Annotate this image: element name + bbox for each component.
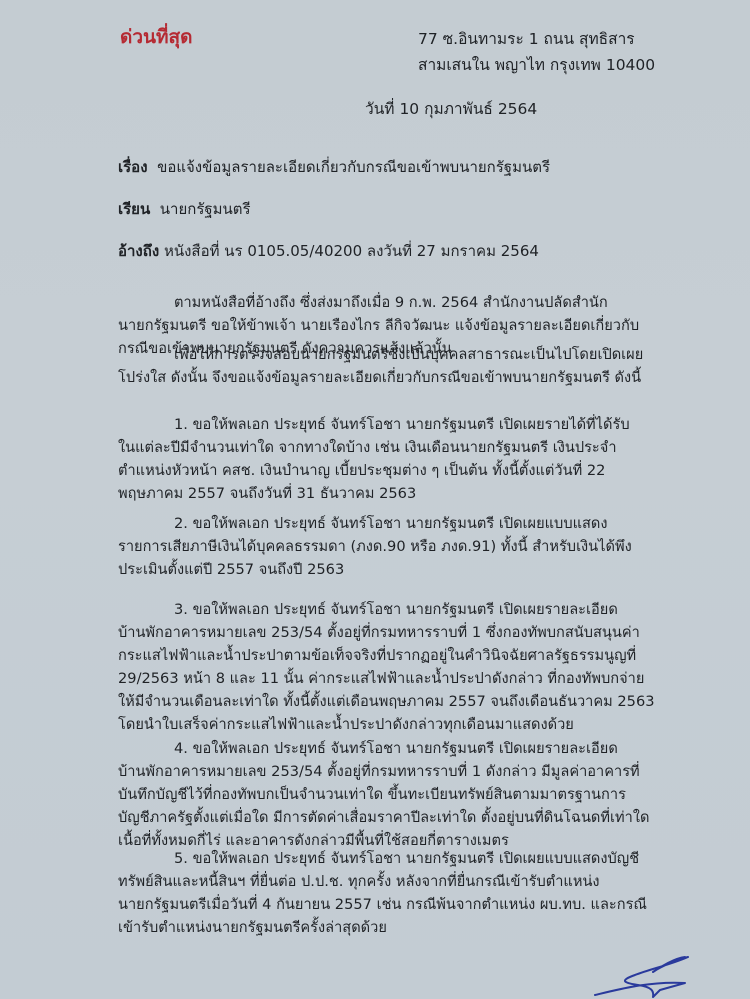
paragraph-line: 4. ขอให้พลเอก ประยุทธ์ จันทร์โอชา นายกรั… bbox=[118, 737, 718, 760]
paragraph-line: 5. ขอให้พลเอก ประยุทธ์ จันทร์โอชา นายกรั… bbox=[118, 847, 718, 870]
paragraph-line: ประเมินตั้งแต่ปี 2557 จนถึงปี 2563 bbox=[118, 558, 718, 581]
paragraph-line: โปร่งใส ดังนั้น จึงขอแจ้งข้อมูลรายละเอีย… bbox=[118, 366, 718, 389]
paragraph-line: นายกรัฐมนตรีเมื่อวันที่ 4 กันยายน 2557 เ… bbox=[118, 893, 718, 916]
paragraph-line: 1. ขอให้พลเอก ประยุทธ์ จันทร์โอชา นายกรั… bbox=[118, 413, 718, 436]
sender-address-line-2: สามเสนใน พญาไท กรุงเทพ 10400 bbox=[418, 52, 655, 77]
letter-page: ด่วนที่สุด 77 ซ.อินทามระ 1 ถนน สุทธิสาร … bbox=[0, 0, 750, 999]
paragraph-line: เพื่อให้การตรวจสอบนายกรัฐมนตรีซึ่งเป็นบุ… bbox=[118, 343, 718, 366]
request-item-5: 5. ขอให้พลเอก ประยุทธ์ จันทร์โอชา นายกรั… bbox=[118, 847, 718, 939]
paragraph-line: 2. ขอให้พลเอก ประยุทธ์ จันทร์โอชา นายกรั… bbox=[118, 512, 718, 535]
paragraph-line: โดยนำใบเสร็จค่ากระแสไฟฟ้าและน้ำประปาดังก… bbox=[118, 713, 718, 736]
recipient-text: นายกรัฐมนตรี bbox=[160, 200, 251, 218]
reference-label: อ้างถึง bbox=[118, 242, 159, 260]
urgency-stamp: ด่วนที่สุด bbox=[120, 22, 192, 52]
reference-line: อ้างถึง หนังสือที่ นร 0105.05/40200 ลงวั… bbox=[118, 239, 539, 263]
subject-label: เรื่อง bbox=[118, 158, 148, 176]
paragraph-line: รายการเสียภาษีเงินได้บุคคลธรรมดา (ภงด.90… bbox=[118, 535, 718, 558]
paragraph-line: กระแสไฟฟ้าและน้ำประปาตามข้อเท็จจริงที่ปร… bbox=[118, 644, 718, 667]
request-item-2: 2. ขอให้พลเอก ประยุทธ์ จันทร์โอชา นายกรั… bbox=[118, 512, 718, 581]
request-item-3: 3. ขอให้พลเอก ประยุทธ์ จันทร์โอชา นายกรั… bbox=[118, 598, 718, 736]
paragraph-line: บันทึกบัญชีไว้ที่กองทัพบกเป็นจำนวนเท่าใด… bbox=[118, 783, 718, 806]
signature-icon bbox=[590, 945, 700, 999]
purpose-paragraph: เพื่อให้การตรวจสอบนายกรัฐมนตรีซึ่งเป็นบุ… bbox=[118, 343, 718, 389]
reference-text: หนังสือที่ นร 0105.05/40200 ลงวันที่ 27 … bbox=[164, 242, 539, 260]
recipient-label: เรียน bbox=[118, 200, 150, 218]
paragraph-line: บัญชีภาครัฐตั้งแต่เมื่อใด มีการตัดค่าเสื… bbox=[118, 806, 718, 829]
request-item-4: 4. ขอให้พลเอก ประยุทธ์ จันทร์โอชา นายกรั… bbox=[118, 737, 718, 852]
recipient-line: เรียน นายกรัฐมนตรี bbox=[118, 197, 251, 221]
paragraph-line: ให้มีจำนวนเดือนละเท่าใด ทั้งนี้ตั้งแต่เด… bbox=[118, 690, 718, 713]
letter-date: วันที่ 10 กุมภาพันธ์ 2564 bbox=[365, 96, 537, 121]
subject-line: เรื่อง ขอแจ้งข้อมูลรายละเอียดเกี่ยวกับกร… bbox=[118, 155, 550, 179]
request-item-1: 1. ขอให้พลเอก ประยุทธ์ จันทร์โอชา นายกรั… bbox=[118, 413, 718, 505]
paragraph-line: นายกรัฐมนตรี ขอให้ข้าพเจ้า นายเรืองไกร ล… bbox=[118, 314, 718, 337]
paragraph-line: บ้านพักอาคารหมายเลข 253/54 ตั้งอยู่ที่กร… bbox=[118, 760, 718, 783]
paragraph-line: ทรัพย์สินและหนี้สินฯ ที่ยื่นต่อ ป.ป.ช. ท… bbox=[118, 870, 718, 893]
paragraph-line: ในแต่ละปีมีจำนวนเท่าใด จากทางใดบ้าง เช่น… bbox=[118, 436, 718, 459]
paragraph-line: ตามหนังสือที่อ้างถึง ซึ่งส่งมาถึงเมื่อ 9… bbox=[118, 291, 718, 314]
paragraph-line: พฤษภาคม 2557 จนถึงวันที่ 31 ธันวาคม 2563 bbox=[118, 482, 718, 505]
paragraph-line: 3. ขอให้พลเอก ประยุทธ์ จันทร์โอชา นายกรั… bbox=[118, 598, 718, 621]
subject-text: ขอแจ้งข้อมูลรายละเอียดเกี่ยวกับกรณีขอเข้… bbox=[157, 158, 550, 176]
paragraph-line: เข้ารับตำแหน่งนายกรัฐมนตรีครั้งล่าสุดด้ว… bbox=[118, 916, 718, 939]
paragraph-line: 29/2563 หน้า 8 และ 11 นั้น ค่ากระแสไฟฟ้า… bbox=[118, 667, 718, 690]
sender-address-line-1: 77 ซ.อินทามระ 1 ถนน สุทธิสาร bbox=[418, 26, 635, 51]
paragraph-line: ตำแหน่งหัวหน้า คสช. เงินบำนาญ เบี้ยประชุ… bbox=[118, 459, 718, 482]
paragraph-line: บ้านพักอาคารหมายเลข 253/54 ตั้งอยู่ที่กร… bbox=[118, 621, 718, 644]
